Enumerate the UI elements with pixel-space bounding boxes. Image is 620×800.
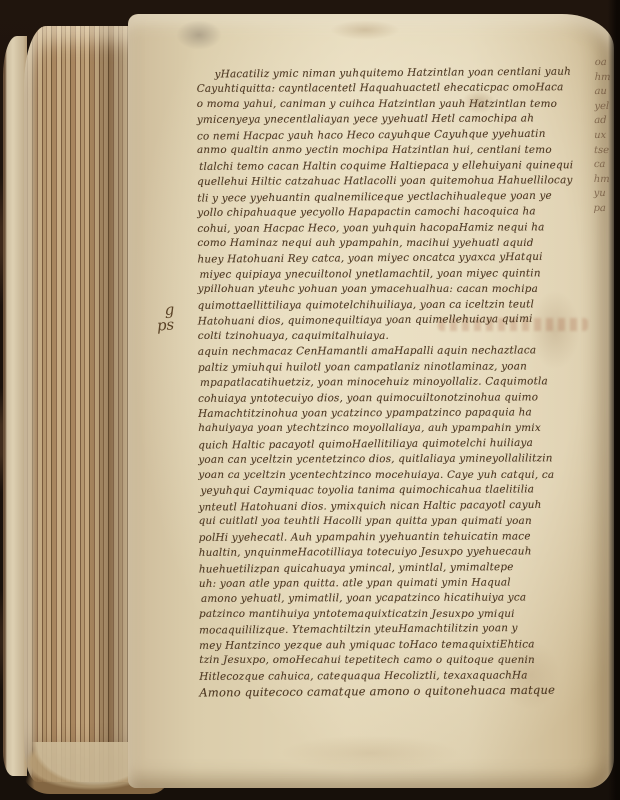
manuscript-line: ynteutl Hatohuani dios. ymixquich nican …: [198, 497, 590, 516]
page-edge-shadow: [608, 0, 620, 800]
handwritten-text-block: yHacatiliz ymic niman yuhquitemo Hatzint…: [197, 65, 592, 700]
manuscript-line: paltiz ymiuhqui huilotl yoan campatlaniz…: [198, 359, 590, 376]
manuscript-line: uh: yoan atle ypan quitta. atle ypan qui…: [199, 575, 591, 592]
manuscript-line: cohui, yoan Hacpac Heco, yoan yuhquin ha…: [197, 220, 589, 237]
manuscript-line: ypillohuan yteuhc yohuan yoan ymacehualh…: [198, 282, 590, 297]
manuscript-line: anmo qualtin anmo yectin mochipa Hatzint…: [197, 143, 589, 158]
manuscript-line: cohuiaya yntotecuiyo dios, yoan quimocui…: [198, 390, 590, 407]
manuscript-line: Cayuhtiquitta: cayntlacentetl Haquahuact…: [197, 81, 589, 98]
manuscript-line: quellehui Hiltic catzahuac Hatlacolli yo…: [197, 173, 589, 190]
manuscript-line: yoan can yceltzin ycentetzinco dios, qui…: [198, 451, 590, 468]
margin-annotation: g ps: [147, 302, 183, 334]
manuscript-line: hualtin, ynquinmeHacotilliaya totecuiyo …: [199, 544, 591, 561]
margin-annotation-bottom: ps: [148, 316, 183, 334]
manuscript-line: quich Haltic pacayotl quimoHaellitiliaya…: [198, 435, 590, 454]
manuscript-line: yHacatiliz ymic niman yuhquitemo Hatzint…: [197, 64, 589, 83]
photograph-background: g ps yHacatiliz ymic niman yuhquitemo Ha…: [0, 0, 620, 800]
manuscript-line: mpapatlacatihuetziz, yoan minocehuiz min…: [200, 374, 592, 391]
manuscript-line: miyec quipiaya ynecuiltonol ynetlamachti…: [199, 266, 591, 283]
manuscript-line: yollo chipahuaque yecyollo Hapapactin ca…: [197, 204, 589, 221]
manuscript-line: colti tzinohuaya, caquimitalhuiaya.: [198, 329, 590, 344]
manuscript-line: huehuetilizpan quicahuaya ymincal, ymint…: [199, 559, 591, 578]
manuscript-line: Hamachtitzinohua yoan ycatzinco ypampatz…: [198, 405, 590, 422]
manuscript-line: Hatohuani dios, quimonequiltiaya yoan qu…: [198, 312, 590, 331]
manuscript-line: Amono quitecoco camatque amono o quitone…: [199, 683, 591, 702]
manuscript-line: tzin Jesuxpo, omoHecahui tepetitech camo…: [199, 653, 591, 668]
manuscript-line: hahuiyaya yoan ytechtzinco moyollaliaya,…: [198, 421, 590, 436]
manuscript-line: yoan ca yceltzin ycentechtzinco mocehuia…: [198, 468, 590, 483]
manuscript-line: mey Hantzinco yezque auh ymiquac toHaco …: [199, 637, 591, 654]
manuscript-line: o moma yahui, caniman y cuihca Hatzintla…: [197, 97, 589, 112]
manuscript-line: tlalchi temo cacan Haltin coquime Haltie…: [199, 158, 591, 175]
book-page-stack-fore-edge: [24, 26, 142, 782]
manuscript-line: aquin nechmacaz CenHamantli amaHapalli a…: [198, 343, 590, 360]
manuscript-line: tli y yece yyehuantin qualnemiliceque ye…: [197, 188, 589, 207]
manuscript-line: polHi yyehecatl. Auh ypampahin yyehuanti…: [199, 529, 591, 546]
manuscript-line: qui cuitlatl yoa teuhtli Hacolli ypan qu…: [199, 514, 591, 529]
manuscript-line: amono yehuatl, ymimatlil, yoan ycapatzin…: [201, 591, 593, 608]
